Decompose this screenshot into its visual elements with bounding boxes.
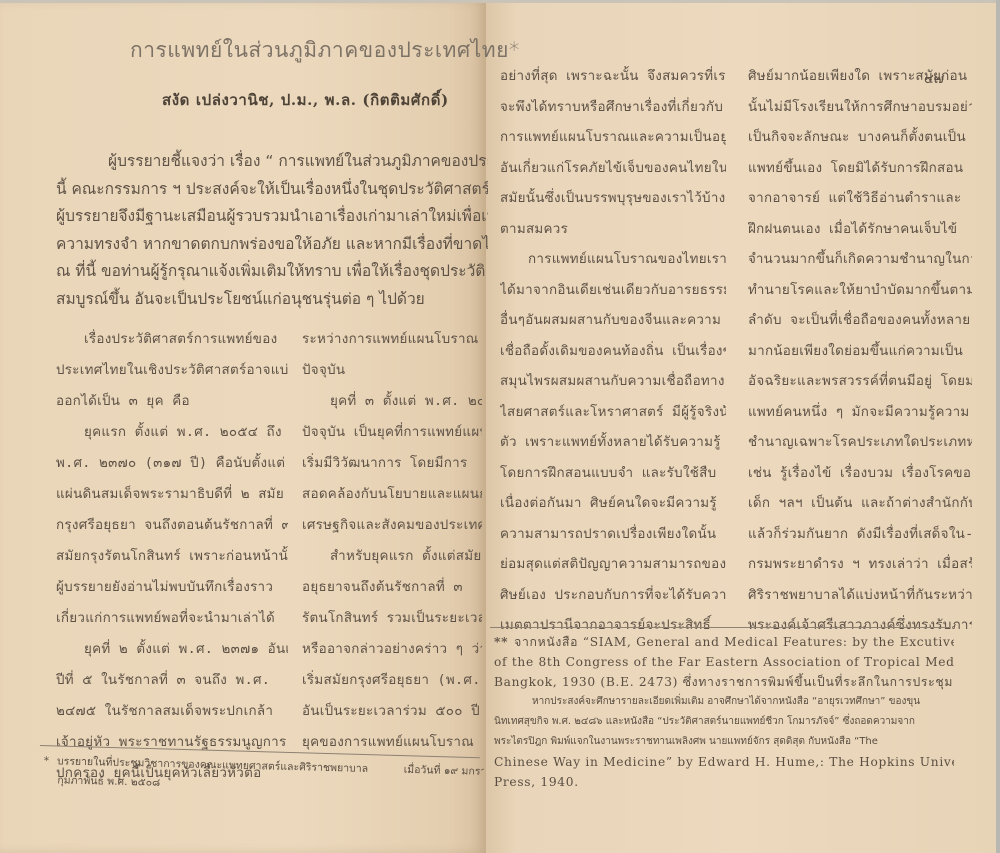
footnote-text: นิทเทศสุขกิจ พ.ศ. ๒๔๘๖ และหนังสือ “ประวั… [494,712,954,732]
text-line: ได้มาจากอินเดียเช่นเดียวกับอารยธรรม [500,276,726,307]
right-page-column-1: อย่างที่สุด เพราะฉะนั้น จึงสมควรที่เรา จ… [500,62,726,642]
text-line: เช่น รู้เรื่องไข้ เรื่องบวม เรื่องโรคของ [748,459,972,490]
text-line: อันเป็นระยะเวลาร่วม ๕๐๐ ปี [302,696,482,727]
footnote-date: เมื่อวันที่ ๑๙ มกราคม [403,761,483,782]
footnote-text: จากหนังสือ “SIAM, General and Medical Fe… [514,635,954,649]
text-line: พ.ศ. ๒๓๗๐ (๓๑๗ ปี) คือนับตั้งแต่ [56,448,288,479]
text-line: ฝึกฝนตนเอง เมื่อได้รักษาคนเจ็บไข้ [748,215,972,246]
text-line: ศิริราชพยาบาลได้แบ่งหน้าที่กันระหว่าง [748,581,972,612]
author-byline: สงัด เปล่งวานิช, ป.ม., พ.ล. (กิตติมศักดิ… [162,88,449,112]
text-line: ความสามารถปราดเปรื่องเพียงใดนั้น [500,520,726,551]
text-line: ความทรงจำ หากขาดตกบกพร่องขอให้อภัย และหา… [56,231,488,259]
text-line: ศิษย์มากน้อยเพียงใด เพราะสมัยก่อน [748,62,972,93]
book-spread: การแพทย์ในส่วนภูมิภาคของประเทศไทย* สงัด … [0,0,1000,853]
scan-edge-right [996,0,1000,853]
text-line: สมัยกรุงรัตนโกสินทร์ เพราะก่อนหน้านั้น [56,541,288,572]
text-line: จำนวนมากขึ้นก็เกิดความชำนาญในการ [748,245,972,276]
text-line: ตัว เพราะแพทย์ทั้งหลายได้รับความรู้ [500,428,726,459]
footnote-text: หากประสงค์จะศึกษารายละเอียดเพิ่มเติม อาจ… [494,692,954,712]
text-line: ผู้บรรยายยังอ่านไม่พบบันทึกเรื่องราว [56,572,288,603]
text-line: รัตนโกสินทร์ รวมเป็นระยะเวลา [302,603,482,634]
text-line: ระหว่างการแพทย์แผนโบราณ [302,324,482,355]
text-line: ปัจจุบัน เป็นยุคที่การแพทย์แผน [302,417,482,448]
text-line: มากน้อยเพียงใดย่อมขึ้นแก่ความเป็น [748,337,972,368]
footnote-text: Chinese Way in Medicine” by Edward H. Hu… [494,752,954,772]
text-line: ชำนาญเฉพาะโรคประเภทใดประเภทหนึ่ง [748,428,972,459]
text-line: ยุคที่ ๓ ตั้งแต่ พ.ศ. ๒๔๗๖ [302,386,482,417]
text-line: เชื่อถือดั้งเดิมของคนท้องถิ่น เป็นเรื่อง… [500,337,726,368]
text-line: นี้ คณะกรรมการ ฯ ประสงค์จะให้เป็นเรื่องห… [56,176,488,204]
text-line: แพทย์ขึ้นเอง โดยมิได้รับการฝึกสอน [748,154,972,185]
text-line: กรุงศรีอยุธยา จนถึงตอนต้นรัชกาลที่ ๓ [56,510,288,541]
text-line: จะพึงได้ทราบหรือศึกษาเรื่องที่เกี่ยวกับ [500,93,726,124]
footnote-divider-right [490,627,950,628]
text-line: อื่นๆอันผสมผสานกับของจีนและความ [500,306,726,337]
text-line: สำหรับยุคแรก ตั้งแต่สมัย [302,541,482,572]
text-line: ทำนายโรคและให้ยาบำบัดมากขึ้นตาม [748,276,972,307]
footnote-right: **จากหนังสือ “SIAM, General and Medical … [494,632,954,792]
text-line: นั้นไม่มีโรงเรียนให้การศึกษาอบรมอย่าง [748,93,972,124]
text-line: จากอาจารย์ แต่ใช้วิธีอ่านตำราและ [748,184,972,215]
intro-paragraph: ผู้บรรยายชี้แจงว่า เรื่อง “ การแพทย์ในส่… [56,148,488,313]
text-line: สมุนไพรผสมผสานกับความเชื่อถือทาง [500,367,726,398]
footnote-text: of the 8th Congress of the Far Eastern A… [494,652,954,672]
text-line: การแพทย์แผนโบราณและความเป็นอยู่ [500,123,726,154]
text-line: สมัยนั้นซึ่งเป็นบรรพบุรุษของเราไว้บ้าง [500,184,726,215]
text-line: เกี่ยวแก่การแพทย์พอที่จะนำมาเล่าได้ [56,603,288,634]
text-line: ยุคแรก ตั้งแต่ พ.ศ. ๒๐๕๔ ถึง [56,417,288,448]
text-line: ย่อมสุดแต่สติปัญญาความสามารถของ [500,550,726,581]
article-title: การแพทย์ในส่วนภูมิภาคของประเทศไทย* [130,34,470,67]
text-line: แล้วก็ร่วมกันยาก ดังมีเรื่องที่เสด็จใน- [748,520,972,551]
text-line: ตามสมควร [500,215,726,246]
left-page-column-2: ระหว่างการแพทย์แผนโบราณ ปัจจุบัน ยุคที่ … [302,324,482,758]
text-line: อย่างที่สุด เพราะฉะนั้น จึงสมควรที่เรา [500,62,726,93]
text-line: ณ ที่นี้ ขอท่านผู้รู้กรุณาแจ้งเพิ่มเติมใ… [56,258,488,286]
text-line: เริ่มมีวิวัฒนาการ โดยมีการ [302,448,482,479]
text-line: อยุธยาจนถึงต้นรัชกาลที่ ๓ [302,572,482,603]
text-line: แพทย์คนหนึ่ง ๆ มักจะมีความรู้ความ [748,398,972,429]
text-line: แผ่นดินสมเด็จพระรามาธิบดีที่ ๒ สมัย [56,479,288,510]
text-line: ไสยศาสตร์และโหราศาสตร์ มีผู้รู้จริงน้อย [500,398,726,429]
text-line: ผู้บรรยายชี้แจงว่า เรื่อง “ การแพทย์ในส่… [56,148,488,176]
text-line: เป็นกิจจะลักษณะ บางคนก็ตั้งตนเป็น [748,123,972,154]
footnote-text: Press, 1940. [494,772,954,792]
text-line: สมบูรณ์ขึ้น อันจะเป็นประโยชน์แก่อนุชนรุ่… [56,286,488,314]
text-line: ศิษย์เอง ประกอบกับการที่จะได้รับความ [500,581,726,612]
text-line: ยุคที่ ๒ ตั้งแต่ พ.ศ. ๒๓๗๑ อันเป็น [56,634,288,665]
text-line: เด็ก ฯลฯ เป็นต้น และถ้าต่างสำนักกัน [748,489,972,520]
left-page-column-1: เรื่องประวัติศาสตร์การแพทย์ของ ประเทศไทย… [56,324,288,789]
text-line: เนื่องต่อกันมา ศิษย์คนใดจะมีความรู้ [500,489,726,520]
text-line: สอดคล้องกับนโยบายและแผนการ [302,479,482,510]
text-line: เศรษฐกิจและสังคมของประเทศ [302,510,482,541]
text-line: โดยการฝึกสอนแบบจำ และรับใช้สืบ [500,459,726,490]
scan-edge-top [0,0,1000,3]
text-line: ออกได้เป็น ๓ ยุค คือ [56,386,288,417]
footnote-text: พระไตรปิฎก พิมพ์แจกในงานพระราชทานเพลิงศพ… [494,732,954,752]
text-line: ปัจจุบัน [302,355,482,386]
footnote-marker: ** [494,635,508,649]
text-line: เริ่มสมัยกรุงศรีอยุธยา (พ.ศ. [302,665,482,696]
text-line: ปีที่ ๕ ในรัชกาลที่ ๓ จนถึง พ.ศ. [56,665,288,696]
text-line: ๒๔๗๕ ในรัชกาลสมเด็จพระปกเกล้า [56,696,288,727]
right-page-column-2: ศิษย์มากน้อยเพียงใด เพราะสมัยก่อน นั้นไม… [748,62,972,642]
text-line: ประเทศไทยในเชิงประวัติศาสตร์อาจแบ่ง [56,355,288,386]
text-line: ลำดับ จะเป็นที่เชื่อถือของคนทั้งหลาย [748,306,972,337]
text-line: กรมพระยาดำรง ฯ ทรงเล่าว่า เมื่อสร้าง [748,550,972,581]
text-line: อันเกี่ยวแก่โรคภัยไข้เจ็บของคนไทยใน [500,154,726,185]
text-line: หรืออาจกล่าวอย่างคร่าว ๆ ว่า [302,634,482,665]
text-line: อัจฉริยะและพรสวรรค์ที่ตนมีอยู่ โดยมาก [748,367,972,398]
text-line: การแพทย์แผนโบราณของไทยเรา** [500,245,726,276]
footnote-marker: * [44,755,50,767]
footnote-text: Bangkok, 1930 (B.E. 2473) ซึ่งทางราชการพ… [494,672,954,692]
text-line: ผู้บรรยายจึงมีฐานะเสมือนผู้รวบรวมนำเอาเร… [56,203,488,231]
text-line: เรื่องประวัติศาสตร์การแพทย์ของ [56,324,288,355]
